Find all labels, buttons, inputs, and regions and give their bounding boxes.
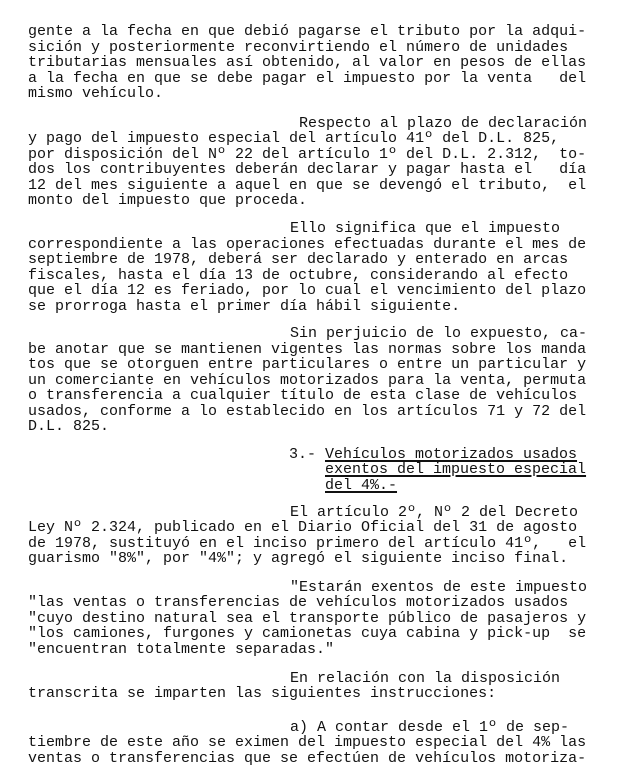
text-line: "encuentran totalmente separadas." — [28, 642, 334, 657]
text-line: por disposición del Nº 22 del artículo 1… — [28, 147, 586, 162]
text-line: de 1978, sustituyó en el inciso primero … — [28, 536, 586, 551]
text-line: un comerciante en vehículos motorizados … — [28, 373, 586, 388]
text-line: El artículo 2º, Nº 2 del Decreto — [290, 505, 578, 520]
text-line: "los camiones, furgones y camionetas cuy… — [28, 626, 586, 641]
text-line: En relación con la disposición — [290, 671, 560, 686]
text-line: se prorroga hasta el primer día hábil si… — [28, 299, 460, 314]
document-page: gente a la fecha en que debió pagarse el… — [0, 0, 630, 776]
text-line: septiembre de 1978, deberá ser declarado… — [28, 252, 568, 267]
text-line: ventas o transferencias que se efectúen … — [28, 751, 586, 766]
text-line: fiscales, hasta el día 13 de octubre, co… — [28, 268, 568, 283]
text-line: "cuyo destino natural sea el transporte … — [28, 611, 586, 626]
text-line: "Estarán exentos de este impuesto — [290, 580, 587, 595]
section-number: 3.- — [289, 447, 316, 462]
text-line: "las ventas o transferencias de vehículo… — [28, 595, 568, 610]
text-line: tos que se otorguen entre particulares o… — [28, 357, 586, 372]
text-line: usados, conforme a lo establecido en los… — [28, 404, 586, 419]
text-line: transcrita se imparten las siguientes in… — [28, 686, 496, 701]
text-line: Respecto al plazo de declaración — [299, 116, 587, 131]
text-line: Sin perjuicio de lo expuesto, ca- — [290, 326, 587, 341]
text-line: a) A contar desde el 1º de sep- — [290, 720, 569, 735]
text-line: mismo vehículo. — [28, 86, 163, 101]
text-line: 12 del mes siguiente a aquel en que se d… — [28, 178, 586, 193]
text-line: a la fecha en que se debe pagar el impue… — [28, 71, 586, 86]
section-title-line: del 4%.- — [325, 478, 397, 493]
text-line: Ello significa que el impuesto — [290, 221, 560, 236]
text-line: gente a la fecha en que debió pagarse el… — [28, 24, 586, 39]
text-line: guarismo "8%", por "4%"; y agregó el sig… — [28, 551, 568, 566]
text-line: D.L. 825. — [28, 419, 109, 434]
text-line: tiembre de este año se eximen del impues… — [28, 735, 586, 750]
section-title-line: Vehículos motorizados usados — [325, 447, 577, 462]
text-line: y pago del impuesto especial del artícul… — [28, 131, 559, 146]
text-line: o transferencia a cualquier título de es… — [28, 388, 577, 403]
text-line: correspondiente a las operaciones efectu… — [28, 237, 586, 252]
text-line: dos los contribuyentes deberán declarar … — [28, 162, 586, 177]
text-line: tributarias mensuales así obtenido, al v… — [28, 55, 586, 70]
text-line: be anotar que se mantienen vigentes las … — [28, 342, 586, 357]
section-title-line: exentos del impuesto especial — [325, 462, 586, 477]
text-line: Ley Nº 2.324, publicado en el Diario Ofi… — [28, 520, 577, 535]
text-line: que el día 12 es feriado, por lo cual el… — [28, 283, 586, 298]
text-line: sición y posteriormente reconvirtiendo e… — [28, 40, 568, 55]
text-line: monto del impuesto que proceda. — [28, 193, 307, 208]
